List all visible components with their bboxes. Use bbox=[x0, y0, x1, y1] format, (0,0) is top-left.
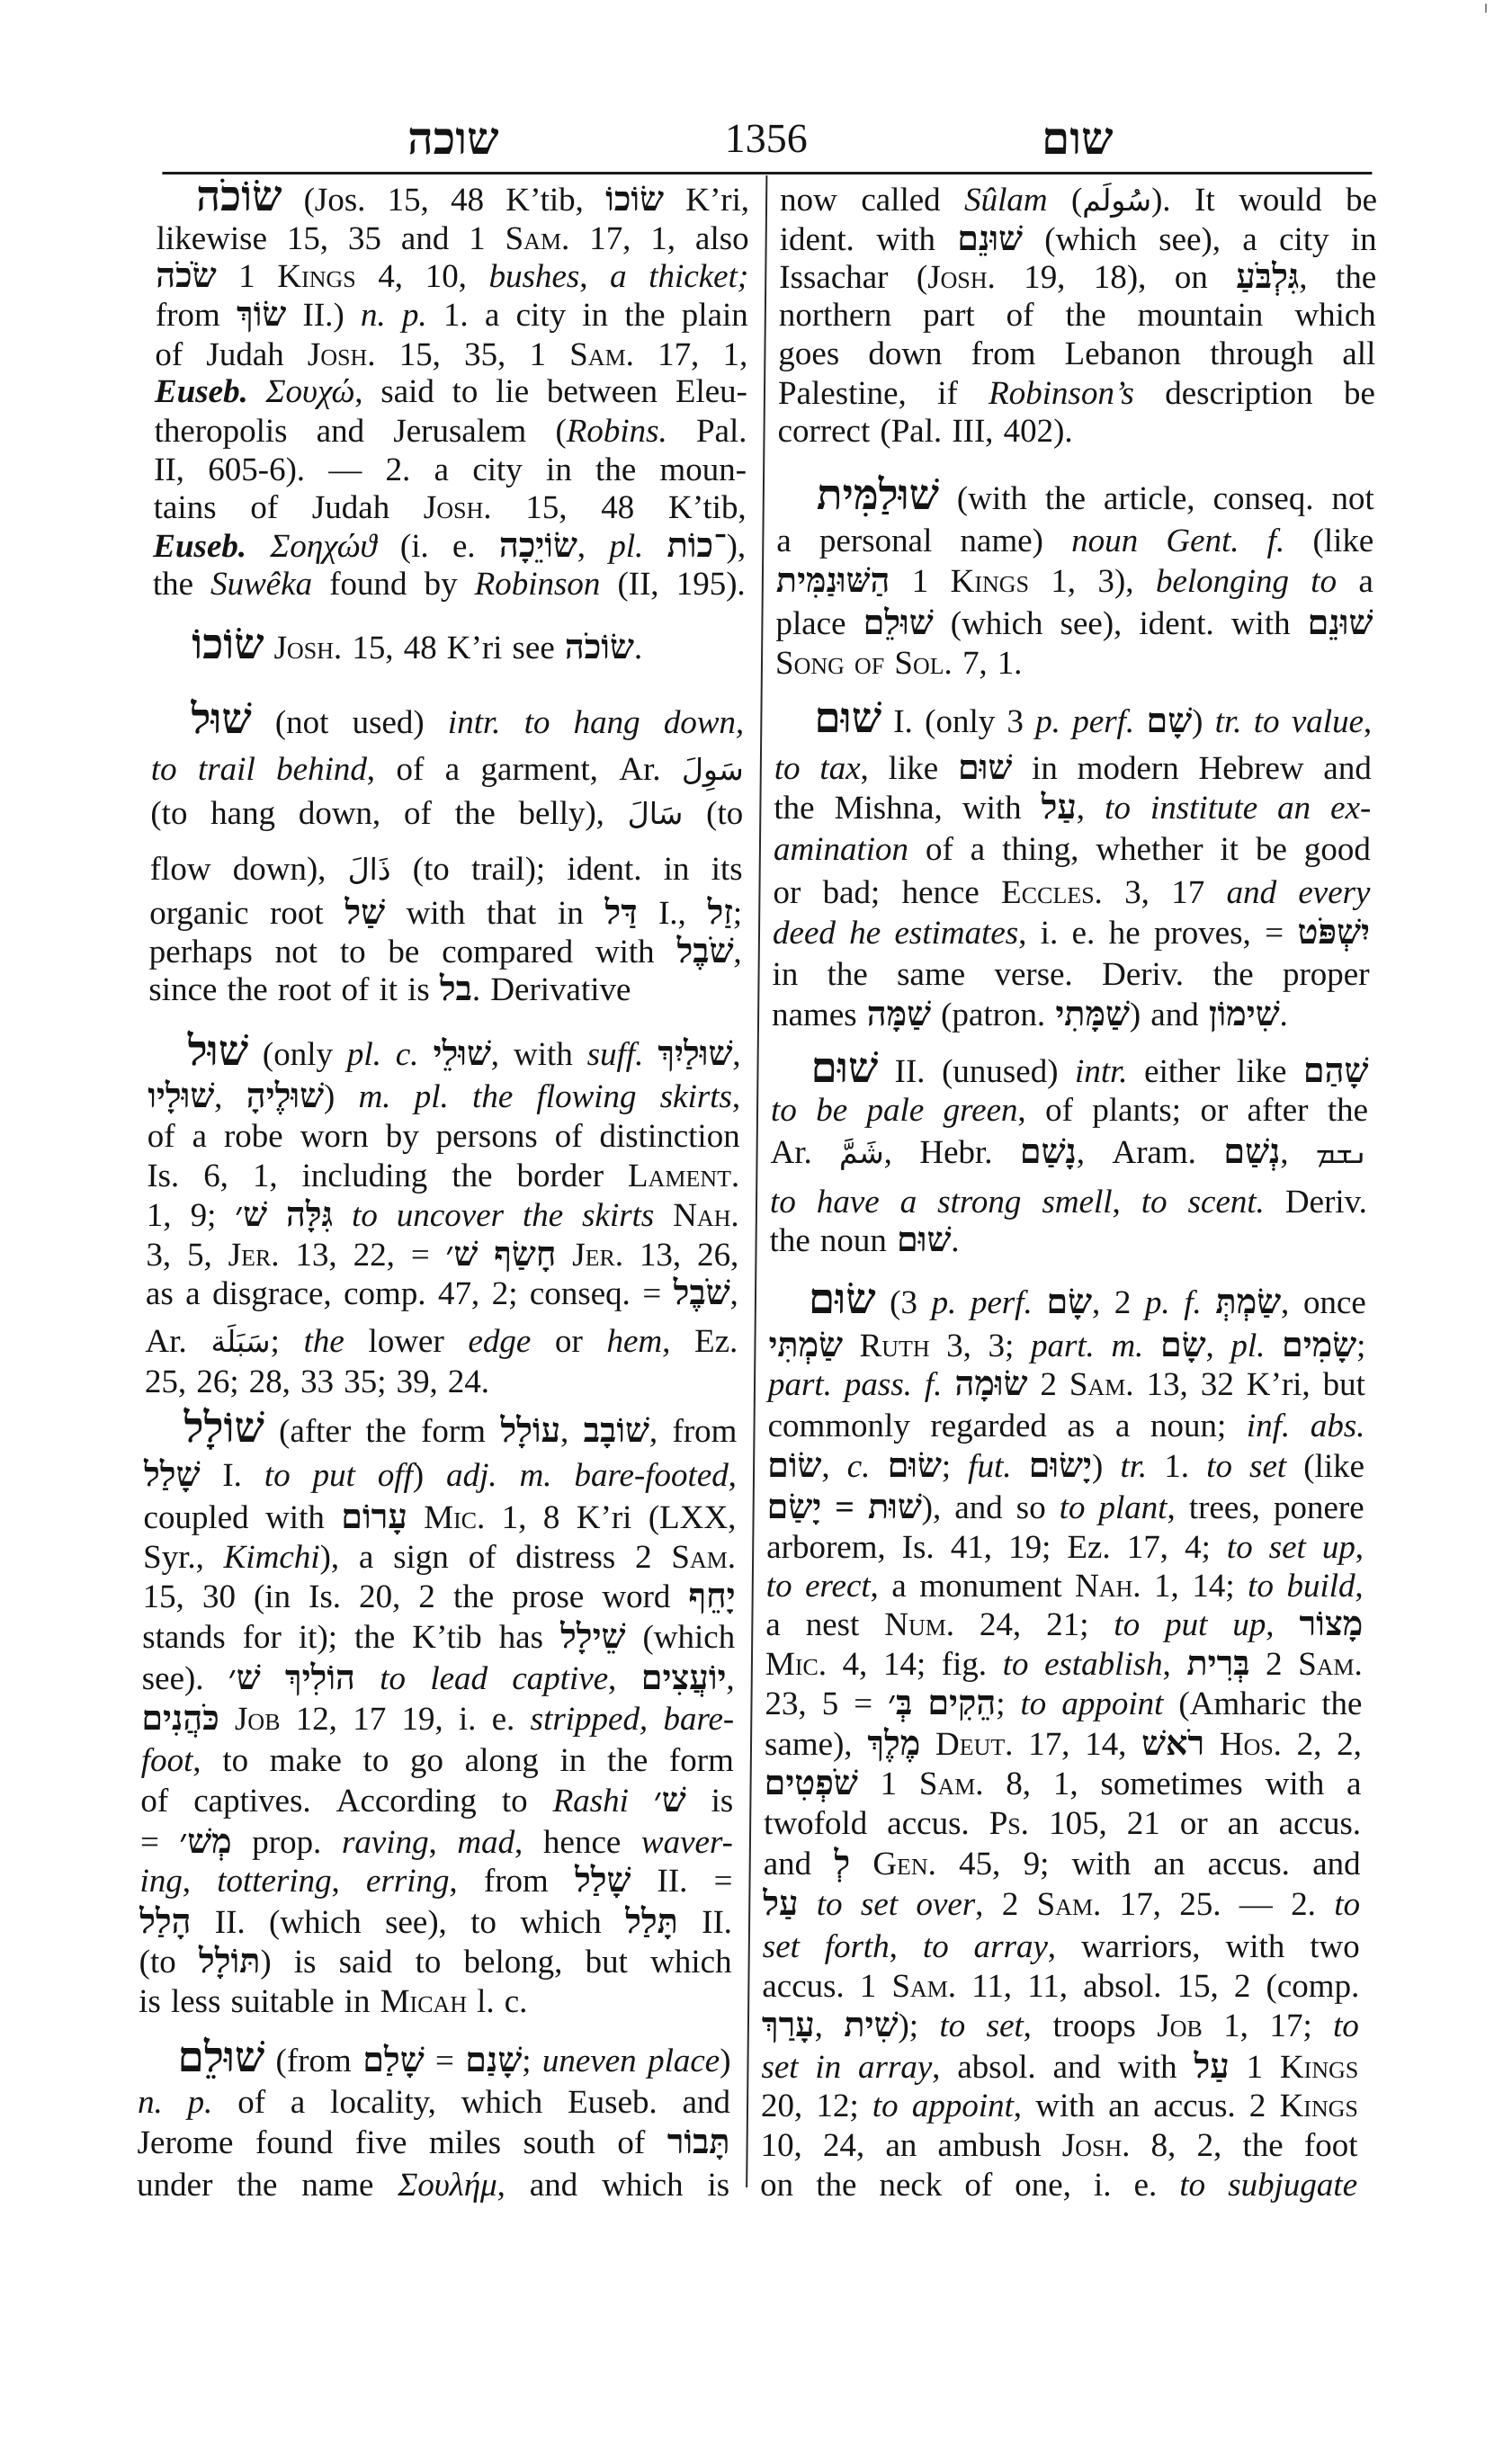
word: 4; bbox=[1185, 1528, 1211, 1568]
italic-text: pl. bbox=[609, 528, 643, 565]
text-run: in bbox=[558, 895, 584, 932]
text-run: 48 bbox=[403, 630, 436, 666]
word: Sam. bbox=[671, 1538, 736, 1578]
hebrew-word: תָּבוֹר bbox=[667, 2124, 730, 2161]
text-run: the bbox=[354, 1619, 396, 1656]
word: הָלַל bbox=[139, 1903, 192, 1943]
word: to bbox=[1333, 2007, 1359, 2046]
word: of bbox=[237, 2083, 265, 2123]
bold-italic-text: Euseb. bbox=[153, 528, 246, 565]
text-run: — bbox=[328, 452, 362, 488]
text-run: , bbox=[1014, 2088, 1023, 2124]
text-run: moun- bbox=[659, 452, 747, 488]
text-run: found bbox=[255, 2124, 334, 2161]
word: (Amharic bbox=[1178, 1685, 1306, 1724]
word: to bbox=[1105, 789, 1131, 828]
text-run: e. bbox=[1071, 915, 1095, 952]
italic-text: belonging bbox=[1156, 563, 1289, 600]
text-run: fig. bbox=[942, 1646, 988, 1683]
dictionary-line: Ar.شَمَّ,Hebr.נָשַׁם,Aram.נְשַׁם,ܢܫܡ bbox=[770, 1133, 1367, 1173]
text-run: in bbox=[559, 1742, 586, 1779]
word: one, bbox=[1015, 2166, 1071, 2205]
word: Lebanon bbox=[1064, 335, 1181, 374]
text-run: the bbox=[1328, 1092, 1369, 1129]
word: (which bbox=[1044, 220, 1137, 260]
word: Syr., bbox=[143, 1538, 204, 1578]
word: חָשַׂף bbox=[494, 1236, 557, 1275]
hebrew-word: שׂוֹכוֹ bbox=[605, 181, 664, 219]
word: distinction bbox=[599, 1117, 740, 1157]
word: 2. bbox=[1291, 1885, 1316, 1925]
text-run: 1. bbox=[1164, 1448, 1189, 1485]
text-run: root bbox=[278, 971, 332, 1008]
small-caps-reference: Kings bbox=[277, 258, 356, 295]
dictionary-line: 20,12;toappoint,withanaccus.2Kings bbox=[761, 2087, 1358, 2126]
word: שֹׁבֶל, bbox=[676, 933, 742, 972]
small-caps-reference: Jer. bbox=[228, 1237, 280, 1274]
word: part. bbox=[768, 1365, 832, 1405]
text-run: accus. bbox=[1279, 1805, 1362, 1842]
text-run: between bbox=[547, 373, 658, 410]
italic-text: suff. bbox=[587, 1036, 644, 1073]
word: 1 bbox=[238, 257, 255, 297]
hebrew-word: שׂוֹכֹה bbox=[565, 629, 634, 666]
text-run: 402). bbox=[1003, 413, 1072, 450]
text-run: i. bbox=[459, 1701, 477, 1738]
word: 11, bbox=[971, 1967, 1012, 2007]
word: verse. bbox=[994, 955, 1073, 995]
word: from bbox=[672, 1412, 737, 1452]
text-run: see), bbox=[385, 1904, 447, 1941]
text-run: warriors, bbox=[1081, 1928, 1201, 1965]
word: has bbox=[498, 1618, 543, 1658]
text-run: of bbox=[554, 1118, 582, 1155]
word: ident. bbox=[567, 850, 642, 890]
word: same bbox=[897, 955, 965, 995]
word: 1 bbox=[860, 1967, 877, 2007]
word: K’ri bbox=[447, 629, 503, 668]
word: correct bbox=[777, 412, 870, 452]
word: (in bbox=[254, 1578, 291, 1617]
hebrew-word: ־כוֹת bbox=[667, 527, 726, 565]
word: שׁוּלַיִךְ, bbox=[658, 1035, 741, 1075]
text-run: , bbox=[1355, 1529, 1364, 1566]
word: the bbox=[1045, 479, 1087, 519]
word: with bbox=[514, 1035, 573, 1075]
text-run: ), bbox=[319, 1539, 339, 1576]
word: to bbox=[766, 1567, 792, 1606]
dictionary-line: Syr.,Kimchi),asignofdistress2Sam. bbox=[143, 1538, 736, 1578]
word: amination bbox=[774, 830, 909, 870]
word: שׂוֹךְ bbox=[237, 296, 287, 335]
text-run: Hebrew bbox=[1198, 750, 1304, 787]
word: over, bbox=[916, 1885, 983, 1925]
text-run: K’ri, bbox=[685, 182, 749, 219]
text-run: — bbox=[1239, 1886, 1273, 1923]
text-run: if bbox=[937, 375, 958, 412]
text-run: accus. bbox=[1153, 2088, 1236, 2124]
text-run: 15, bbox=[352, 630, 394, 666]
text-run: plain bbox=[682, 297, 748, 334]
text-run: same bbox=[897, 956, 965, 993]
word: if bbox=[937, 374, 958, 414]
text-run: Euseb. bbox=[568, 2084, 658, 2121]
hebrew-word: גִּלָּה bbox=[286, 1196, 334, 1234]
word: Σουλήμ, bbox=[398, 2166, 505, 2205]
word: hence bbox=[901, 873, 980, 913]
word: שׁ׳ bbox=[445, 1236, 478, 1275]
italic-text: to bbox=[1114, 1606, 1140, 1643]
hebrew-word: מָצוֹר bbox=[1299, 1605, 1363, 1643]
text-run: 13, bbox=[1146, 1366, 1188, 1403]
dictionary-line: tainsofJudahJosh.15,48K’tib, bbox=[153, 488, 746, 528]
word: perf. bbox=[971, 1283, 1033, 1323]
word: יָשׂוּם) bbox=[1028, 1447, 1103, 1487]
hebrew-word: שֹׁפְטִים bbox=[764, 1765, 858, 1802]
italic-text: p. bbox=[931, 1284, 956, 1321]
syriac-word: ܢܫܡ bbox=[1316, 1135, 1368, 1170]
text-run: one, bbox=[1015, 2167, 1071, 2204]
text-run: ) bbox=[413, 1457, 425, 1494]
word: f. bbox=[1184, 1283, 1202, 1323]
word: e. bbox=[1133, 2166, 1157, 2205]
word: a bbox=[444, 750, 460, 790]
word: down bbox=[868, 335, 943, 374]
word: trees, bbox=[1189, 1489, 1261, 1528]
hebrew-word: שׁוּנֵם bbox=[1307, 604, 1373, 642]
small-caps-reference: Eccles. bbox=[1001, 874, 1103, 911]
word: שׂוֹכוֹ bbox=[605, 181, 664, 220]
word: the bbox=[153, 565, 194, 604]
word: down), bbox=[232, 850, 326, 890]
text-run: to bbox=[415, 1944, 441, 1981]
word: plants; bbox=[1092, 1091, 1181, 1131]
word: Micah bbox=[380, 1982, 467, 2022]
word: 13, bbox=[295, 1236, 337, 1275]
word: form bbox=[669, 1741, 734, 1781]
word: accus. bbox=[887, 1804, 970, 1844]
italic-text: p. bbox=[187, 2084, 212, 2121]
word: and bbox=[682, 2083, 730, 2123]
word: (3 bbox=[890, 1283, 917, 1323]
text-run: in bbox=[546, 452, 572, 488]
word: Rashi bbox=[552, 1782, 629, 1821]
hebrew-word: בְּ׳ bbox=[888, 1685, 913, 1722]
word: erect, bbox=[805, 1567, 879, 1606]
word: of bbox=[155, 335, 183, 375]
text-run: ) bbox=[1192, 703, 1203, 740]
small-caps-reference: Hos. bbox=[1220, 1726, 1283, 1763]
word: Robinson bbox=[474, 565, 600, 604]
text-run: with bbox=[1071, 1846, 1131, 1882]
word: pl. bbox=[415, 1077, 449, 1117]
text-run: stands bbox=[142, 1619, 226, 1656]
word: to bbox=[380, 1659, 406, 1699]
word: put bbox=[312, 1456, 355, 1496]
italic-text: he bbox=[849, 915, 881, 952]
word: שָׂם, bbox=[1046, 1283, 1100, 1323]
word: Hebr. bbox=[919, 1133, 993, 1173]
text-run: the bbox=[153, 566, 194, 603]
arabic-word: سَبَلَة bbox=[210, 1324, 271, 1359]
text-run: , bbox=[1048, 1928, 1057, 1965]
word: which bbox=[1294, 296, 1376, 335]
word: a bbox=[192, 1117, 207, 1157]
text-run: under bbox=[137, 2167, 213, 2204]
word: see). bbox=[142, 1659, 204, 1699]
word: or bbox=[773, 873, 801, 913]
text-run: , bbox=[577, 528, 586, 565]
text-run: of bbox=[341, 971, 369, 1008]
dictionary-line: theropolisandJerusalem(Robins.Pal. bbox=[154, 412, 747, 452]
hebrew-word: שׂוֹךְ bbox=[237, 296, 287, 334]
small-caps-reference: Jer. bbox=[572, 1237, 623, 1274]
dictionary-line: thenounשׁוּם. bbox=[769, 1221, 1366, 1261]
text-run: 24. bbox=[448, 1364, 490, 1400]
italic-text: bushes bbox=[488, 258, 579, 295]
word: 14; bbox=[1192, 1567, 1235, 1606]
word: of bbox=[964, 2166, 992, 2205]
italic-text: to bbox=[1248, 1568, 1274, 1605]
text-run: of bbox=[140, 1783, 168, 1820]
word: שׁוּל bbox=[187, 1035, 248, 1075]
text-run: mountain bbox=[1137, 297, 1263, 334]
text-run: a bbox=[1242, 221, 1257, 258]
word: הוֹלִיךְ bbox=[285, 1659, 355, 1699]
text-run: I., bbox=[658, 895, 686, 932]
word: in bbox=[772, 955, 798, 995]
word: III, bbox=[952, 412, 994, 452]
word: regarded bbox=[930, 1407, 1047, 1446]
text-run: which bbox=[650, 1944, 732, 1981]
text-run: 2 bbox=[1114, 1284, 1132, 1321]
word: as bbox=[146, 1274, 174, 1314]
text-run: 2 bbox=[635, 1539, 652, 1576]
word: מְשׁ׳ bbox=[179, 1823, 232, 1863]
text-run: he bbox=[1108, 915, 1140, 952]
text-run: article, bbox=[1104, 480, 1195, 517]
text-run: III, bbox=[952, 413, 994, 450]
word: garment, bbox=[480, 750, 598, 790]
word: Hos. bbox=[1220, 1725, 1283, 1765]
word: establish, bbox=[1044, 1645, 1171, 1685]
word: of bbox=[1045, 1091, 1073, 1131]
word: (patron. bbox=[941, 996, 1046, 1035]
text-run: , bbox=[1092, 1284, 1101, 1321]
text-run: a bbox=[185, 1275, 201, 1312]
arabic-word: ذَالَ bbox=[347, 852, 390, 887]
text-run: 5 bbox=[822, 1685, 839, 1722]
word: raving, bbox=[342, 1823, 437, 1863]
word: with bbox=[1035, 2087, 1095, 2126]
word: שַׂמְתְּ, bbox=[1215, 1283, 1289, 1323]
text-run: ident. bbox=[567, 851, 642, 888]
word: to bbox=[1114, 1605, 1140, 1645]
word: the bbox=[1321, 1685, 1363, 1724]
text-run: 3 bbox=[1007, 703, 1024, 740]
dictionary-line: 15,30(inIs.20,2theprosewordיָחֵף bbox=[142, 1578, 735, 1617]
hebrew-word: שׁוֹבָב bbox=[583, 1412, 649, 1450]
word: coupled bbox=[143, 1498, 249, 1538]
word: 2 bbox=[1234, 1967, 1251, 2007]
dictionary-line: SongofSol.7,1. bbox=[775, 644, 1373, 684]
dictionary-line: namesשַׁמָּה(patron.שַׁמָּתִי)andשִׁימוֹ… bbox=[772, 996, 1369, 1035]
word: to bbox=[1141, 1183, 1168, 1222]
word: five bbox=[355, 2124, 407, 2163]
text-run: worn bbox=[300, 1118, 368, 1155]
italic-text: to bbox=[939, 2007, 965, 2044]
word: (سُولَم). bbox=[1071, 181, 1171, 220]
italic-text: fut. bbox=[968, 1448, 1012, 1485]
word: to bbox=[1254, 702, 1280, 742]
text-run: to bbox=[362, 1742, 389, 1779]
word: 2 bbox=[1114, 1283, 1132, 1323]
word: c. bbox=[505, 1982, 528, 2022]
text-run: , bbox=[560, 1413, 569, 1450]
dictionary-line: הַשּׁוּנַמִּית1Kings1,3),belongingtoa bbox=[776, 562, 1373, 602]
dictionary-page: שוכה 1356 שום שׂוֹכֹה(Jos.15,48K’tib,שׂו… bbox=[0, 0, 1512, 2450]
word: II. bbox=[215, 1903, 246, 1943]
text-run: to bbox=[452, 373, 478, 410]
dictionary-line: ident.withשׁוּנֵם(whichsee),acityin bbox=[779, 220, 1376, 260]
italic-text: intr. bbox=[448, 704, 501, 741]
text-run: ; bbox=[996, 1685, 1006, 1722]
dictionary-line: inthesameverse.Deriv.theproper bbox=[772, 955, 1369, 995]
text-run: the bbox=[454, 795, 496, 832]
italic-text: pl. bbox=[415, 1078, 449, 1115]
text-run: verse. bbox=[994, 956, 1073, 993]
word: 1, bbox=[253, 1157, 278, 1196]
text-run: 17, bbox=[589, 220, 631, 257]
text-run: ) bbox=[324, 1078, 336, 1115]
text-run: , bbox=[608, 1660, 617, 1697]
text-run: of bbox=[237, 2084, 265, 2121]
word: it); bbox=[299, 1618, 338, 1658]
italic-text: noun bbox=[1071, 523, 1138, 559]
text-run: 2. bbox=[385, 452, 410, 488]
word: 2, bbox=[1337, 1725, 1362, 1765]
word: off) bbox=[378, 1456, 425, 1496]
text-run: description bbox=[1165, 375, 1313, 412]
word: Josh. bbox=[273, 629, 342, 668]
text-run: 17 bbox=[353, 1701, 386, 1738]
text-run: 8, bbox=[1006, 1766, 1031, 1802]
word: also bbox=[695, 219, 749, 259]
text-run: 1. bbox=[998, 645, 1023, 682]
word: Robinson’s bbox=[989, 374, 1134, 414]
text-run: flow bbox=[150, 851, 211, 888]
hebrew-word: הֵקִים bbox=[927, 1685, 996, 1722]
text-run: Aram. bbox=[1112, 1134, 1196, 1171]
word: green, bbox=[943, 1091, 1026, 1131]
word: K’tib bbox=[412, 1618, 482, 1658]
text-run: after bbox=[1247, 1092, 1308, 1129]
word: pale bbox=[866, 1091, 924, 1131]
text-run: , bbox=[183, 1863, 192, 1900]
text-run: whether bbox=[1096, 831, 1203, 868]
text-run: 3, bbox=[946, 1328, 971, 1364]
text-run: 1, bbox=[1051, 563, 1076, 600]
dictionary-line: 23,5=בְּ׳הֵקִים;toappoint(Amharicthe bbox=[765, 1685, 1362, 1724]
italic-text: n. bbox=[138, 2084, 163, 2121]
text-run: modern bbox=[1077, 750, 1178, 787]
word: and bbox=[1226, 873, 1276, 913]
word: after bbox=[1247, 1091, 1308, 1131]
text-run: as bbox=[1067, 1408, 1095, 1444]
word: tr. bbox=[1120, 1447, 1147, 1487]
dictionary-line: שׂוֹם,c.שׂוּם;fut.יָשׂוּם)tr.1.toset(lik… bbox=[767, 1447, 1364, 1487]
italic-text: Rashi bbox=[552, 1783, 629, 1820]
text-run: distinction bbox=[599, 1118, 740, 1155]
italic-text: set bbox=[761, 2049, 799, 2086]
word: 8 bbox=[543, 1498, 560, 1538]
hebrew-word: לְ bbox=[834, 1845, 850, 1882]
dictionary-line: 25,26;28,3335;39,24. bbox=[145, 1363, 738, 1402]
word: to bbox=[264, 1456, 291, 1496]
word: hang bbox=[573, 703, 640, 743]
italic-text: to bbox=[923, 1928, 949, 1965]
text-run: 15, bbox=[399, 336, 442, 373]
text-run: down, bbox=[299, 795, 381, 832]
hebrew-word: הַשּׁוּנַמִּית bbox=[776, 562, 890, 600]
word: be bbox=[1256, 830, 1287, 870]
text-run: like bbox=[888, 750, 938, 787]
word: intr. bbox=[1075, 1052, 1128, 1092]
text-run: city bbox=[515, 297, 566, 334]
italic-text: skirts bbox=[582, 1197, 655, 1234]
word: שׁוּל bbox=[191, 703, 252, 743]
hebrew-word: שֹׂכֹה bbox=[156, 257, 217, 295]
text-run: organic bbox=[149, 895, 249, 932]
text-run: city bbox=[472, 452, 523, 488]
word: (Pal. bbox=[880, 412, 942, 452]
word: i. bbox=[459, 1700, 477, 1739]
italic-text: edge bbox=[468, 1323, 531, 1360]
word: hang bbox=[210, 794, 275, 834]
italic-text: to bbox=[1254, 703, 1280, 740]
bold-italic-text: Euseb. bbox=[155, 373, 248, 410]
small-caps-reference: Lament. bbox=[628, 1158, 740, 1194]
text-run: ; bbox=[270, 1323, 280, 1360]
word: 1. bbox=[1164, 1447, 1189, 1487]
hebrew-word: שׁוּלָיו bbox=[148, 1077, 215, 1115]
text-run: , bbox=[662, 1323, 671, 1360]
text-run: Is. bbox=[147, 1158, 179, 1194]
text-run: , bbox=[884, 1134, 893, 1171]
word: to bbox=[340, 933, 366, 972]
word: m. bbox=[1111, 1327, 1143, 1366]
text-run: , bbox=[1280, 1134, 1289, 1171]
word: 1 bbox=[1246, 2048, 1263, 2088]
word: up, bbox=[1322, 1528, 1364, 1568]
word: good bbox=[1304, 830, 1371, 870]
dictionary-line: commonlyregardedasanoun;inf.abs. bbox=[767, 1407, 1364, 1446]
small-caps-reference: Mic. bbox=[765, 1646, 828, 1683]
word: with bbox=[265, 1498, 325, 1538]
word: Jerusalem bbox=[393, 412, 526, 452]
text-run: of bbox=[1045, 1092, 1073, 1129]
text-run: a bbox=[192, 1118, 207, 1155]
word: he bbox=[849, 914, 881, 953]
word: שׁ׳ bbox=[235, 1196, 267, 1236]
text-run: ; bbox=[942, 1448, 952, 1485]
dictionary-line: andלְGen.45,9;withanaccus.and bbox=[763, 1845, 1360, 1884]
text-run: (like bbox=[1303, 1448, 1364, 1485]
word: city bbox=[1279, 220, 1329, 260]
text-run: plants; bbox=[1092, 1092, 1181, 1129]
text-run: 26, bbox=[697, 1237, 739, 1274]
dictionary-line: orbad;henceEccles.3,17andevery bbox=[773, 873, 1370, 913]
